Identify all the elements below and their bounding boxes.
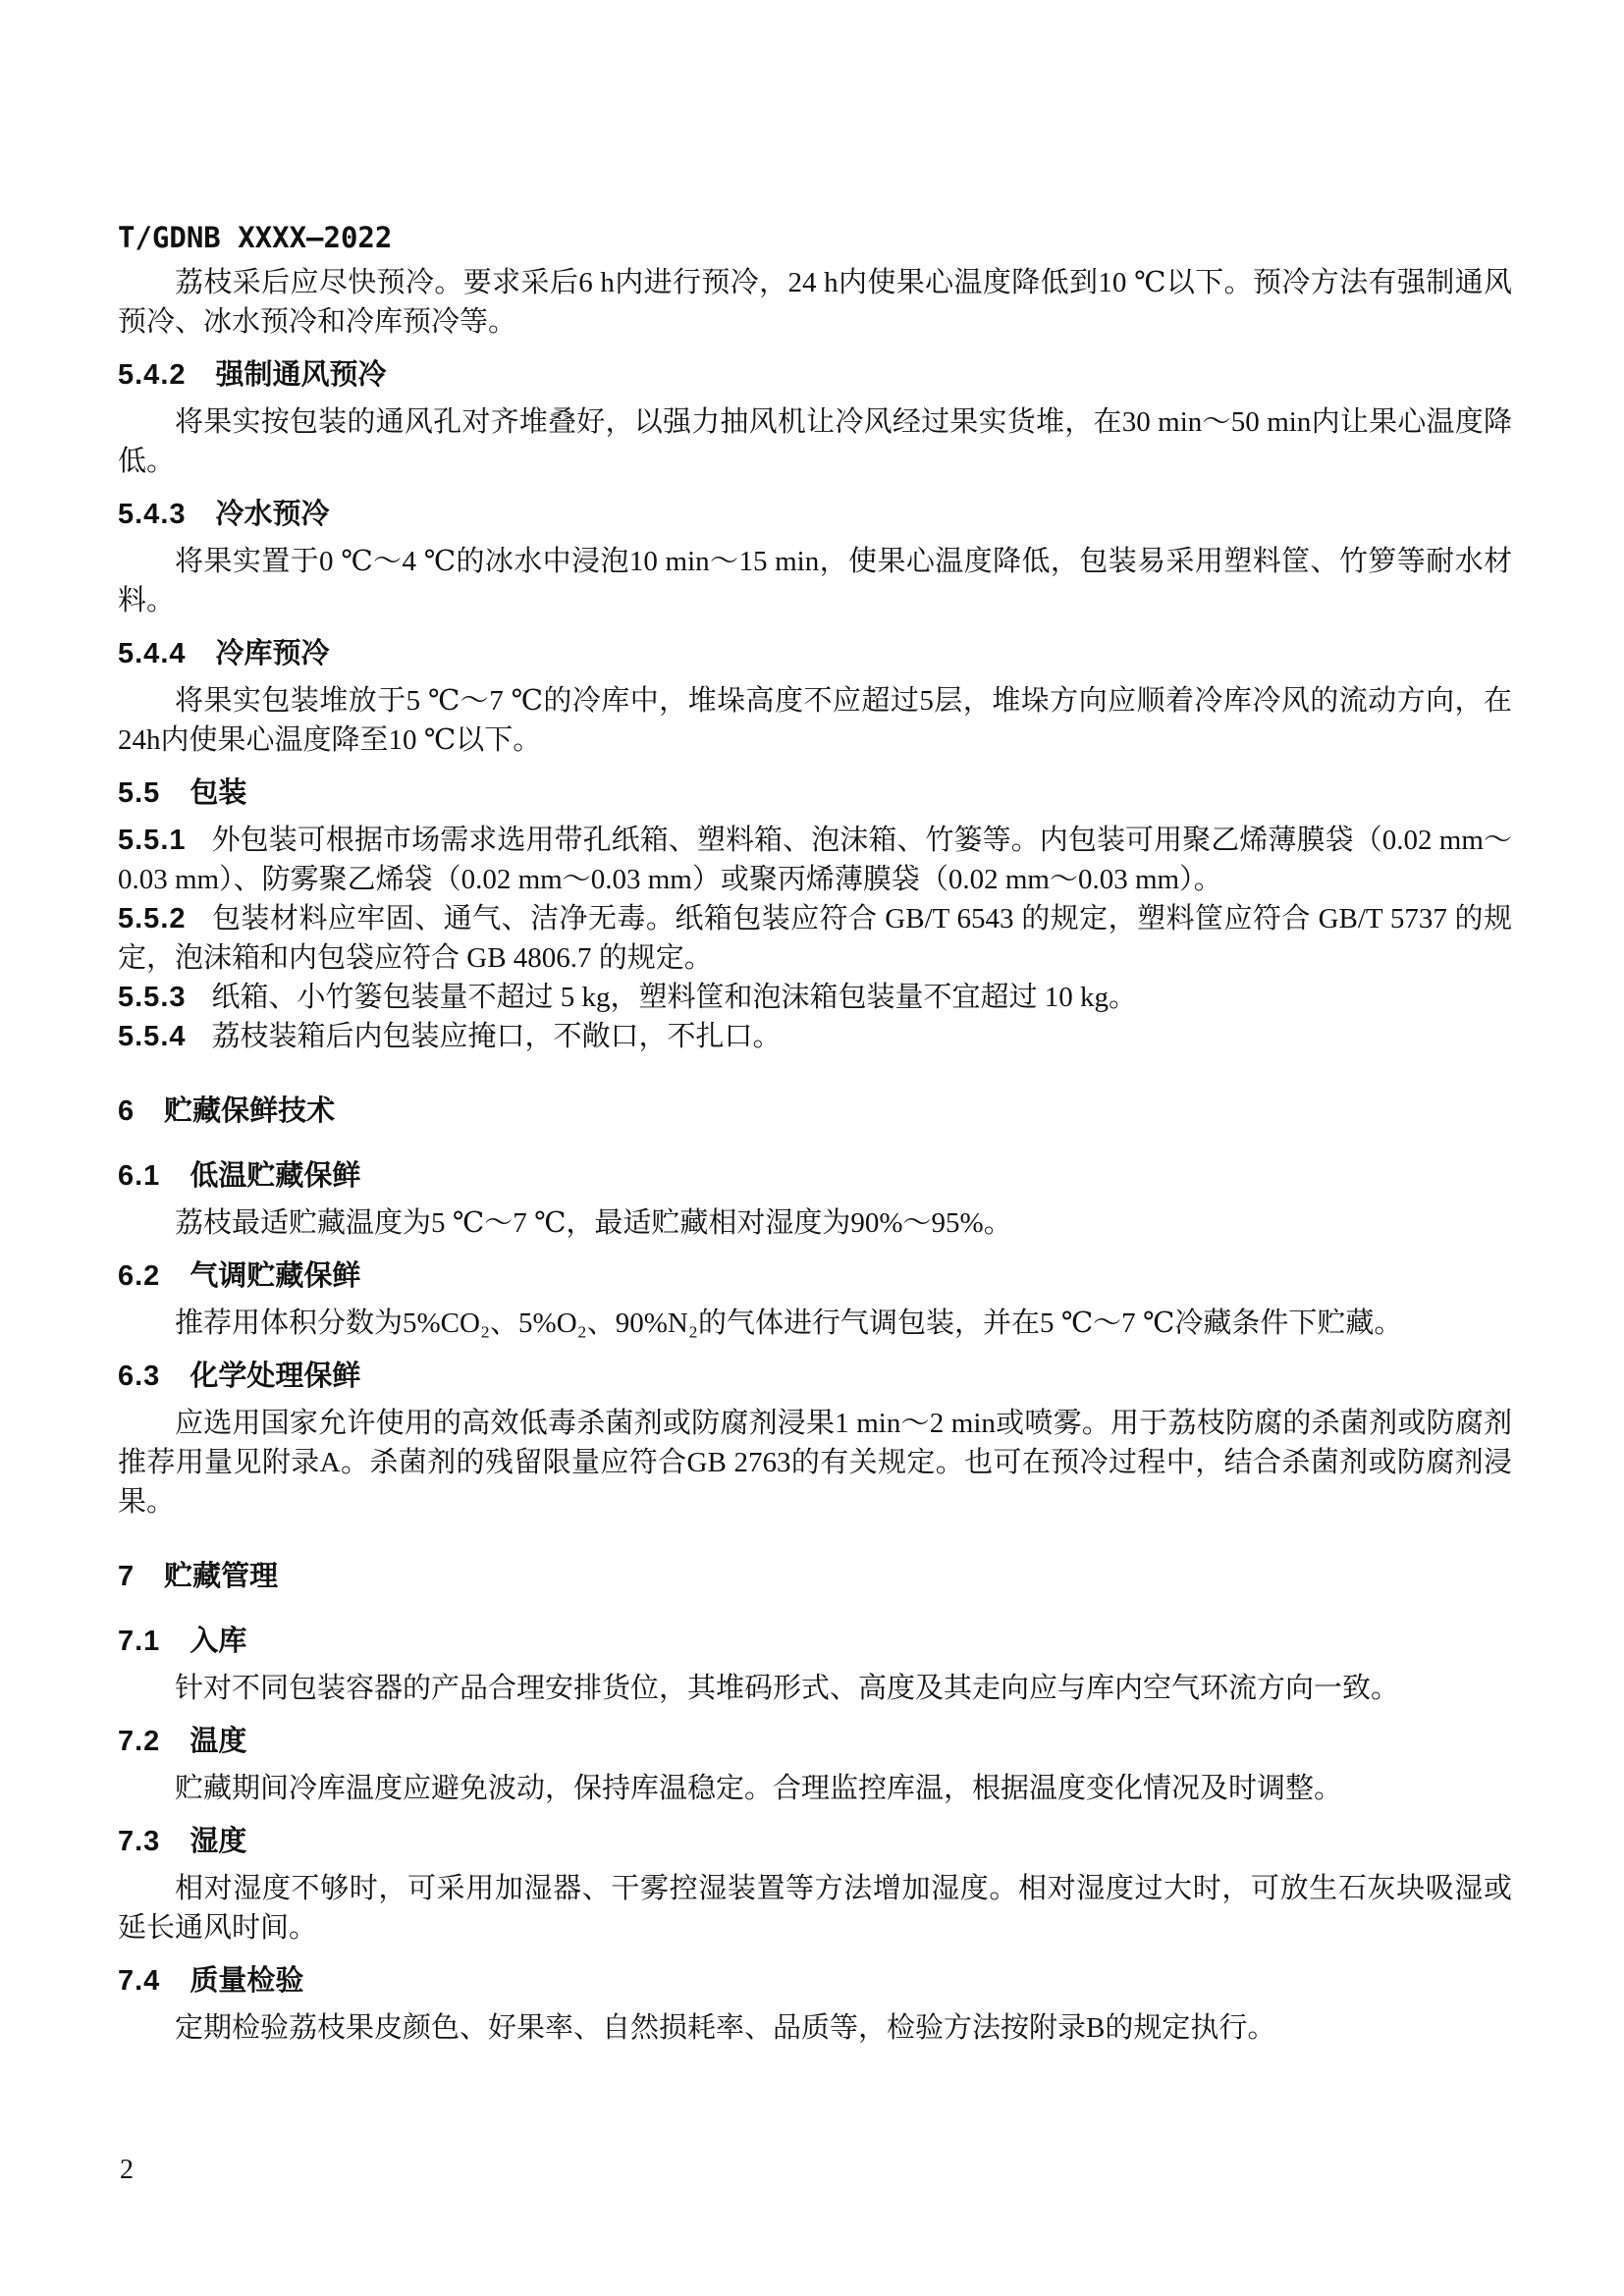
heading-title: 包装 (189, 777, 246, 809)
heading-title: 冷库预冷 (216, 638, 330, 669)
paragraph-precooling-intro: 荔枝采后应尽快预冷。要求采后6 h内进行预冷，24 h内使果心温度降低到10 ℃… (118, 263, 1512, 342)
heading-6-1: 6.1低温贮藏保鲜 (118, 1156, 1512, 1196)
heading-6-3: 6.3化学处理保鲜 (118, 1357, 1512, 1396)
heading-title: 贮藏管理 (164, 1561, 278, 1592)
heading-title: 温度 (189, 1726, 246, 1757)
heading-7-3: 7.3湿度 (118, 1822, 1512, 1861)
heading-chapter-6: 6贮藏保鲜技术 (118, 1092, 1512, 1131)
heading-5-5: 5.5包装 (118, 774, 1512, 813)
heading-number: 7.1 (118, 1626, 160, 1657)
heading-number: 6.2 (118, 1260, 160, 1292)
clause-text: 纸箱、小竹篓包装量不超过 5 kg，塑料筐和泡沫箱包装量不宜超过 10 kg。 (212, 982, 1138, 1013)
heading-title: 化学处理保鲜 (189, 1361, 360, 1392)
heading-5-4-2: 5.4.2强制通风预冷 (118, 355, 1512, 395)
paragraph-7-1: 针对不同包装容器的产品合理安排货位，其堆码形式、高度及其走向应与库内空气环流方向… (118, 1669, 1512, 1708)
heading-7-2: 7.2温度 (118, 1722, 1512, 1761)
heading-title: 气调贮藏保鲜 (189, 1260, 360, 1292)
heading-title: 强制通风预冷 (216, 359, 387, 391)
clause-5-5-2: 5.5.2包装材料应牢固、通气、洁净无毒。纸箱包装应符合 GB/T 6543 的… (118, 899, 1512, 978)
clause-number: 5.5.3 (118, 982, 187, 1013)
heading-number: 5.4.3 (118, 499, 187, 530)
heading-title: 湿度 (189, 1826, 246, 1857)
heading-number: 5.5 (118, 777, 160, 809)
heading-chapter-7: 7贮藏管理 (118, 1557, 1512, 1596)
paragraph-7-4: 定期检验荔枝果皮颜色、好果率、自然损耗率、品质等，检验方法按附录B的规定执行。 (118, 2008, 1512, 2048)
document-page: T/GDNB XXXX—2022 荔枝采后应尽快预冷。要求采后6 h内进行预冷，… (0, 0, 1624, 2296)
clause-5-5-4: 5.5.4荔枝装箱后内包装应掩口，不敞口，不扎口。 (118, 1017, 1512, 1056)
clause-number: 5.5.2 (118, 903, 187, 934)
heading-number: 6.3 (118, 1361, 160, 1392)
paragraph-6-1: 荔枝最适贮藏温度为5 ℃～7 ℃，最适贮藏相对湿度为90%～95%。 (118, 1203, 1512, 1243)
paragraph-5-4-4: 将果实包装堆放于5 ℃～7 ℃的冷库中，堆垛高度不应超过5层，堆垛方向应顺着冷库… (118, 681, 1512, 760)
heading-title: 低温贮藏保鲜 (189, 1160, 360, 1192)
heading-title: 贮藏保鲜技术 (164, 1095, 335, 1127)
heading-title: 入库 (189, 1626, 246, 1657)
heading-number: 5.4.4 (118, 638, 187, 669)
heading-number: 7.3 (118, 1826, 160, 1857)
heading-7-1: 7.1入库 (118, 1622, 1512, 1661)
heading-number: 5.4.2 (118, 359, 187, 391)
heading-number: 6 (118, 1095, 135, 1127)
paragraph-5-4-2: 将果实按包装的通风孔对齐堆叠好，以强力抽风机让冷风经过果实货堆，在30 min～… (118, 402, 1512, 481)
paragraph-6-3: 应选用国家允许使用的高效低毒杀菌剂或防腐剂浸果1 min～2 min或喷雾。用于… (118, 1404, 1512, 1522)
heading-number: 7.4 (118, 1965, 160, 1997)
clause-5-5-1: 5.5.1外包装可根据市场需求选用带孔纸箱、塑料箱、泡沫箱、竹篓等。内包装可用聚… (118, 821, 1512, 899)
clause-text: 外包装可根据市场需求选用带孔纸箱、塑料箱、泡沫箱、竹篓等。内包装可用聚乙烯薄膜袋… (118, 825, 1512, 895)
heading-7-4: 7.4质量检验 (118, 1961, 1512, 2001)
page-number: 2 (120, 2155, 134, 2186)
paragraph-7-2: 贮藏期间冷库温度应避免波动，保持库温稳定。合理监控库温，根据温度变化情况及时调整… (118, 1769, 1512, 1808)
doc-code-header: T/GDNB XXXX—2022 (118, 218, 1512, 257)
clause-5-5-3: 5.5.3纸箱、小竹篓包装量不超过 5 kg，塑料筐和泡沫箱包装量不宜超过 10… (118, 978, 1512, 1017)
heading-number: 7.2 (118, 1726, 160, 1757)
heading-5-4-4: 5.4.4冷库预冷 (118, 634, 1512, 673)
heading-6-2: 6.2气调贮藏保鲜 (118, 1256, 1512, 1296)
clause-number: 5.5.1 (118, 825, 187, 856)
heading-title: 质量检验 (189, 1965, 303, 1997)
paragraph-7-3: 相对湿度不够时，可采用加湿器、干雾控湿装置等方法增加湿度。相对湿度过大时，可放生… (118, 1869, 1512, 1948)
heading-5-4-3: 5.4.3冷水预冷 (118, 495, 1512, 534)
clause-number: 5.5.4 (118, 1021, 187, 1052)
heading-number: 6.1 (118, 1160, 160, 1192)
paragraph-6-2: 推荐用体积分数为5%CO₂、5%O₂、90%N₂的气体进行气调包装，并在5 ℃～… (118, 1304, 1512, 1343)
clause-text: 荔枝装箱后内包装应掩口，不敞口，不扎口。 (212, 1021, 782, 1052)
clause-text: 包装材料应牢固、通气、洁净无毒。纸箱包装应符合 GB/T 6543 的规定，塑料… (118, 903, 1512, 974)
heading-number: 7 (118, 1561, 135, 1592)
heading-title: 冷水预冷 (216, 499, 330, 530)
paragraph-5-4-3: 将果实置于0 ℃～4 ℃的冰水中浸泡10 min～15 min，使果心温度降低，… (118, 542, 1512, 620)
